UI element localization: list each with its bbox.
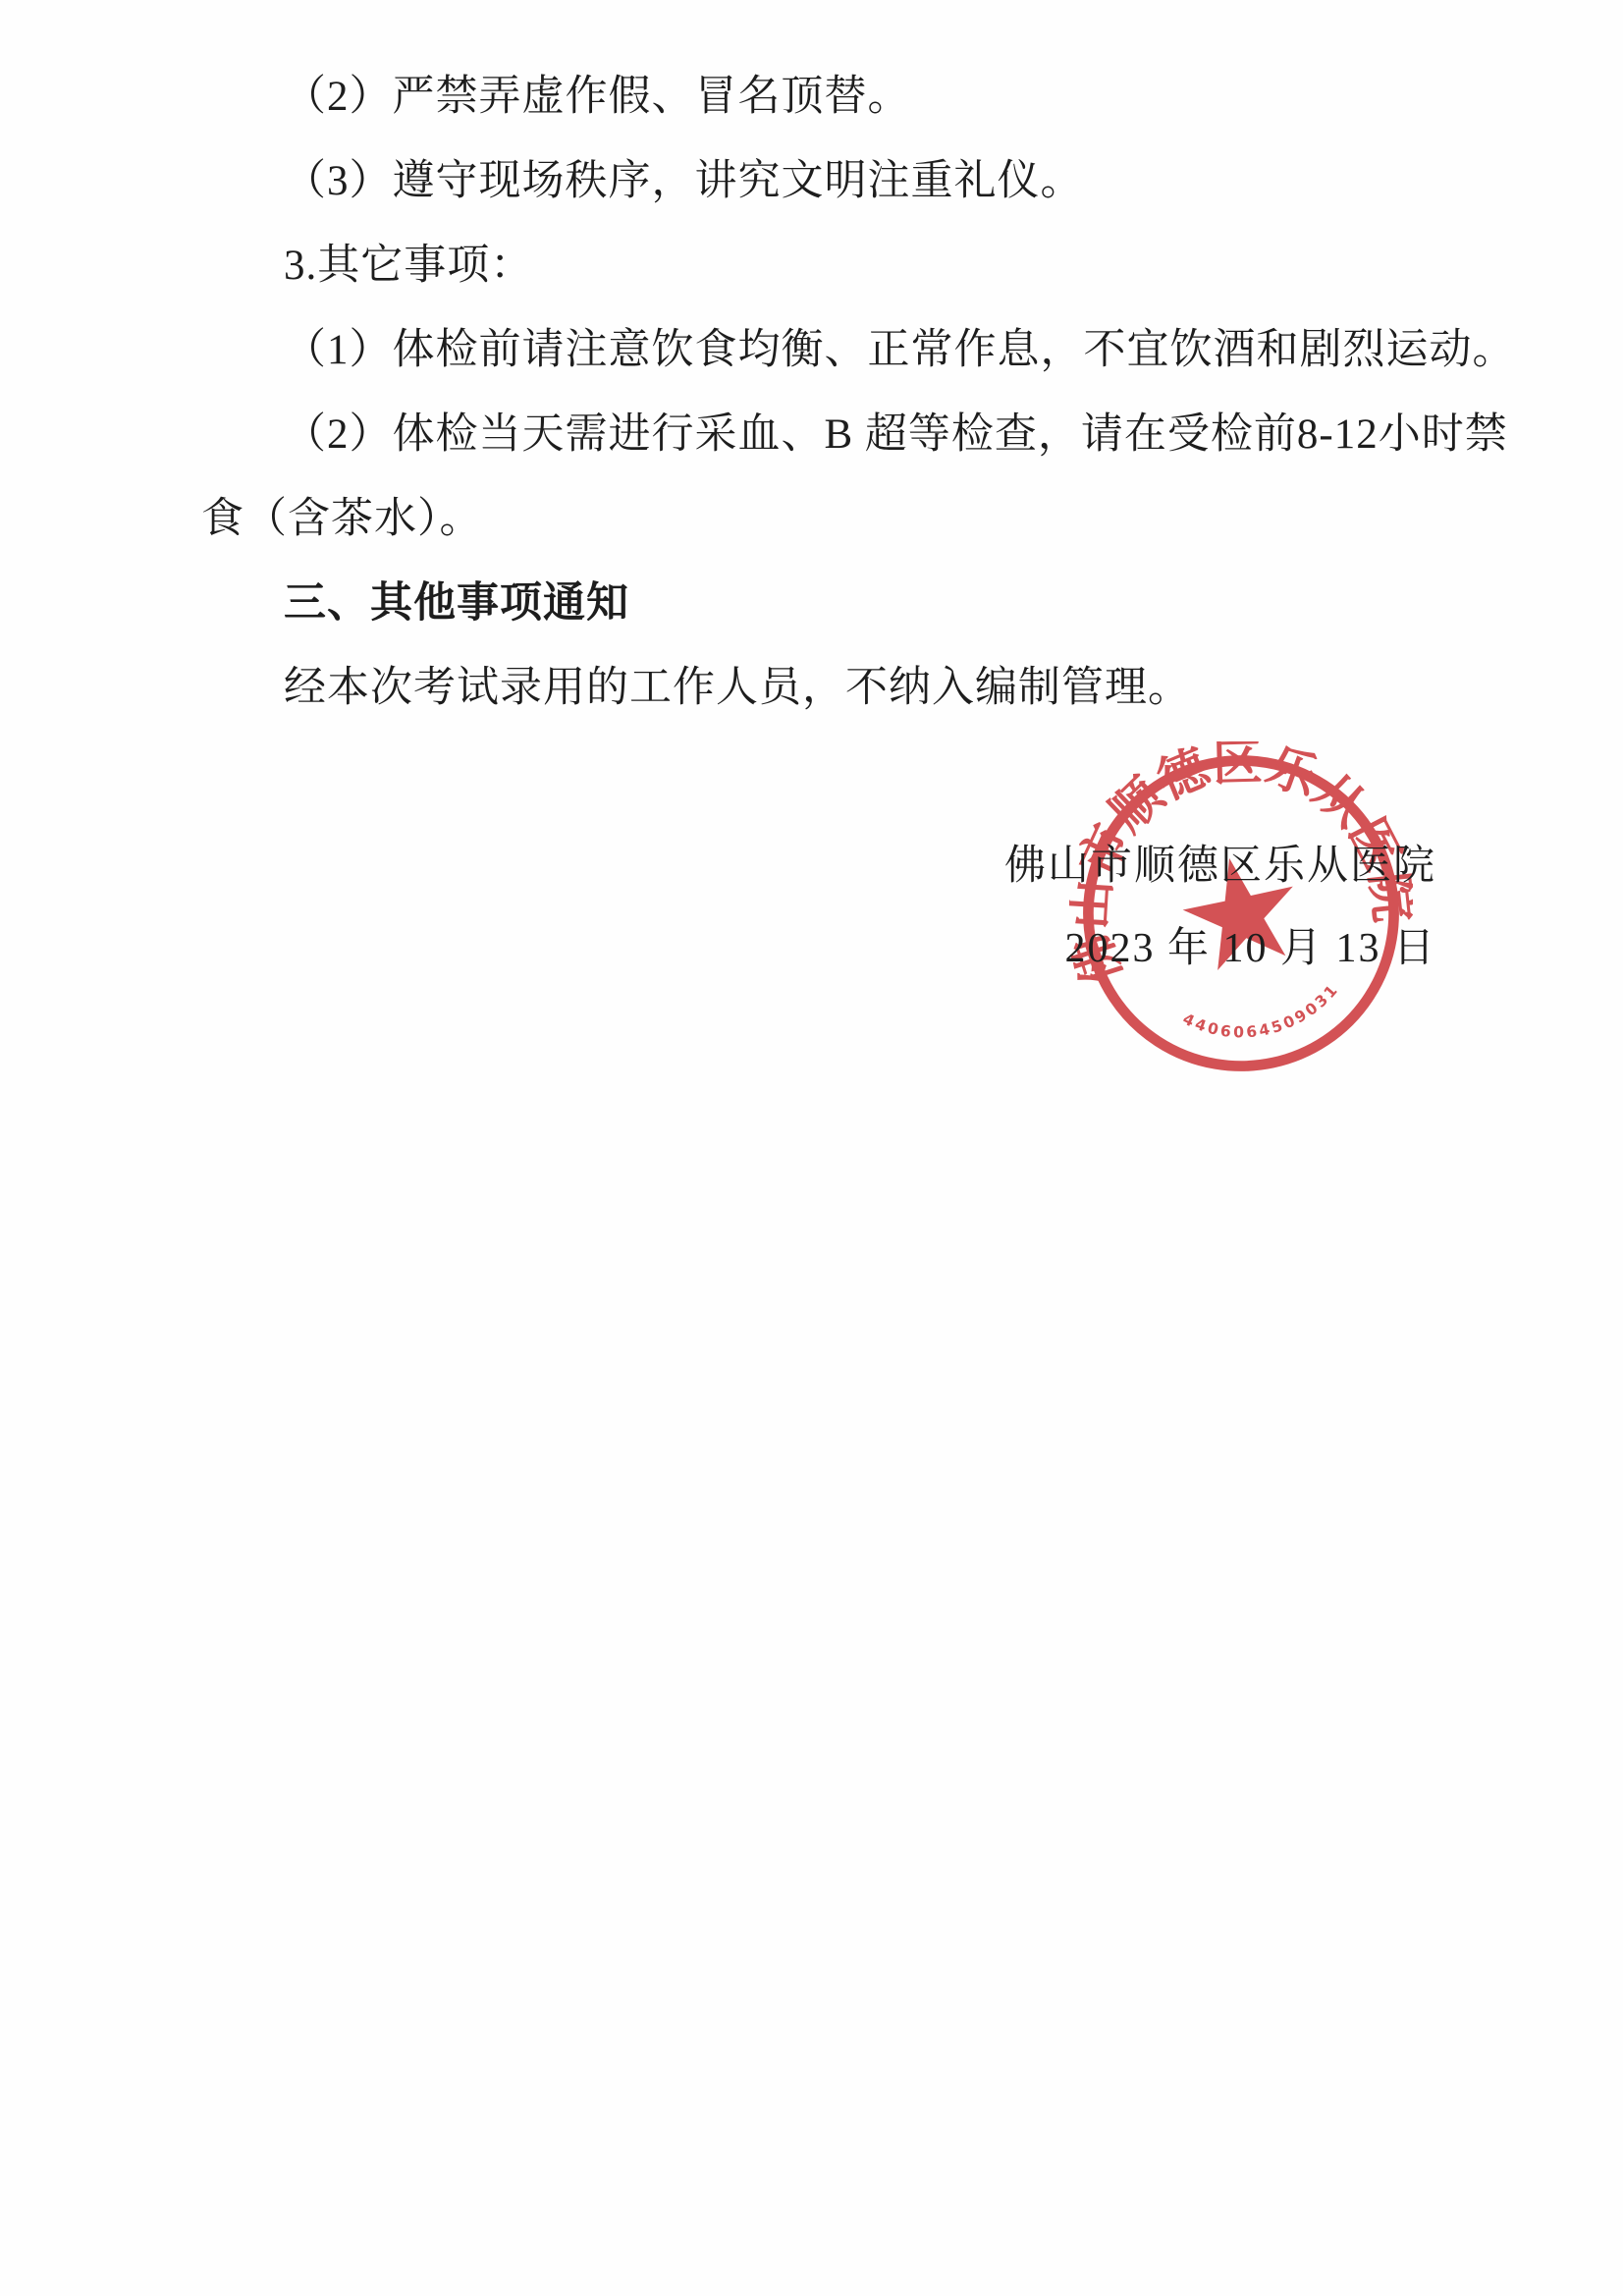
section-other-matters: 3.其它事项： xyxy=(201,224,1436,308)
exam-tip-fasting-part1: （2）体检当天需进行采血、B 超等检查，请在受检前8-12小时禁 xyxy=(201,393,1436,477)
issuer-org-name: 佛山市顺德区乐从医院 xyxy=(201,825,1436,907)
signature-block: 佛山市顺德区乐从医院 2023 年 10 月 13 日 xyxy=(201,825,1436,990)
issue-date: 2023 年 10 月 13 日 xyxy=(201,907,1436,990)
exam-tip-fasting-part2: 食（含茶水）。 xyxy=(201,477,1436,562)
rule-line-no-fraud: （2）严禁弄虚作假、冒名顶替。 xyxy=(201,55,1436,139)
section-heading-other-notice: 三、其他事项通知 xyxy=(201,562,1436,646)
rule-line-order-etiquette: （3）遵守现场秩序，讲究文明注重礼仪。 xyxy=(201,139,1436,224)
exam-tip-diet: （1）体检前请注意饮食均衡、正常作息，不宜饮酒和剧烈运动。 xyxy=(201,308,1436,393)
notice-no-establishment: 经本次考试录用的工作人员，不纳入编制管理。 xyxy=(201,646,1436,731)
document-body: （2）严禁弄虚作假、冒名顶替。 （3）遵守现场秩序，讲究文明注重礼仪。 3.其它… xyxy=(0,0,1623,990)
document-page: 佛山市顺德区乐从医院 4406064509031 （2）严禁弄虚作假、冒名顶替。… xyxy=(0,0,1623,2296)
